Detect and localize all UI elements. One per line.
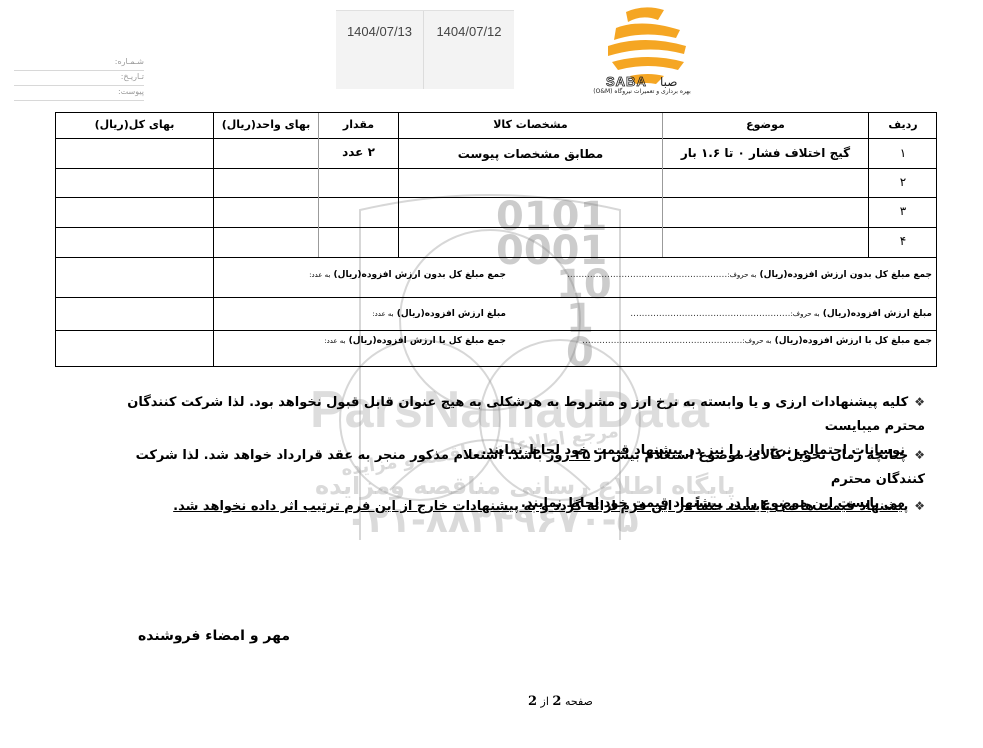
- document-page: شـمـاره: تـاریـخ: پیوست: 1404/07/13 1404…: [0, 0, 983, 748]
- row-spec[interactable]: مطابق مشخصات پیوست: [399, 147, 662, 161]
- row-spec[interactable]: [399, 204, 662, 224]
- row-subject[interactable]: [663, 234, 868, 254]
- note-form-only: ❖پیشنهاد قیمت ها می بایست حتماً در این ف…: [125, 494, 925, 519]
- row-total-price[interactable]: [56, 234, 213, 254]
- attachment-label: پیوست:: [116, 87, 144, 96]
- svg-text:SABA: SABA: [606, 74, 647, 89]
- row-no: ۲: [869, 175, 937, 189]
- row-no: ۳: [869, 204, 937, 218]
- row-spec[interactable]: [399, 234, 662, 254]
- date-box: 1404/07/13 1404/07/12: [336, 10, 514, 89]
- date-start: 1404/07/12: [424, 11, 514, 89]
- vat-number-field[interactable]: مبلغ ارزش افزوده(ریال) به عدد:: [372, 309, 506, 319]
- col-header-row-no: ردیف: [869, 118, 937, 131]
- col-header-total-price: بهای کل(ریال): [56, 118, 213, 131]
- seller-signature-label: مهر و امضاء فروشنده: [138, 628, 290, 644]
- row-unit-price[interactable]: [214, 234, 318, 254]
- col-header-subject: موضوع: [663, 118, 868, 131]
- row-qty[interactable]: [319, 204, 398, 224]
- logo-subtitle: بهره برداری و تعمیرات نیروگاه (O&M): [582, 88, 702, 95]
- col-header-qty: مقدار: [319, 118, 398, 131]
- row-no: ۱: [869, 146, 937, 160]
- grand-total-words-field[interactable]: جمع مبلغ کل با ارزش افزوده(ریال) به حروف…: [582, 336, 932, 346]
- subtotal-number-field[interactable]: جمع مبلغ کل بدون ارزش افزوده(ریال) به عد…: [309, 270, 506, 280]
- bullet-icon: ❖: [914, 448, 925, 462]
- bullet-icon: ❖: [914, 395, 925, 409]
- date-field[interactable]: تـاریـخ:: [14, 71, 144, 86]
- row-total-price[interactable]: [56, 175, 213, 195]
- date-end: 1404/07/13: [336, 11, 424, 89]
- row-spec[interactable]: [399, 175, 662, 195]
- date-label: تـاریـخ:: [119, 72, 144, 81]
- col-header-unit-price: بهای واحد(ریال): [214, 118, 318, 131]
- grand-total-number-field[interactable]: جمع مبلغ کل با ارزش افزوده(ریال) به عدد:: [324, 336, 506, 346]
- number-label: شـمـاره:: [113, 57, 144, 66]
- row-qty[interactable]: [319, 175, 398, 195]
- row-total-price[interactable]: [56, 146, 213, 166]
- row-unit-price[interactable]: [214, 146, 318, 166]
- subtotal-words-field[interactable]: جمع مبلغ کل بدون ارزش افزوده(ریال) به حر…: [567, 270, 932, 280]
- row-subject[interactable]: گیج اختلاف فشار ۰ تا ۱.۶ بار: [663, 146, 868, 160]
- svg-text:صبا: صبا: [660, 75, 677, 89]
- row-no: ۴: [869, 234, 937, 248]
- items-table: ردیف موضوع مشخصات کالا مقدار بهای واحد(ر…: [55, 112, 937, 367]
- row-total-price[interactable]: [56, 204, 213, 224]
- row-qty[interactable]: ۲ عدد: [319, 145, 398, 159]
- delivery-days: ۴۵ روز: [547, 448, 590, 463]
- row-subject[interactable]: [663, 204, 868, 224]
- number-field[interactable]: شـمـاره:: [14, 56, 144, 71]
- row-unit-price[interactable]: [214, 204, 318, 224]
- col-header-spec: مشخصات کالا: [399, 118, 662, 131]
- page-number: صفحه 2 از 2: [528, 694, 593, 709]
- row-qty[interactable]: [319, 234, 398, 254]
- bullet-icon: ❖: [914, 499, 925, 513]
- attachment-field[interactable]: پیوست:: [14, 86, 144, 101]
- row-subject[interactable]: [663, 175, 868, 195]
- row-unit-price[interactable]: [214, 175, 318, 195]
- vat-words-field[interactable]: مبلغ ارزش افزوده(ریال) به حروف:.........…: [630, 309, 932, 319]
